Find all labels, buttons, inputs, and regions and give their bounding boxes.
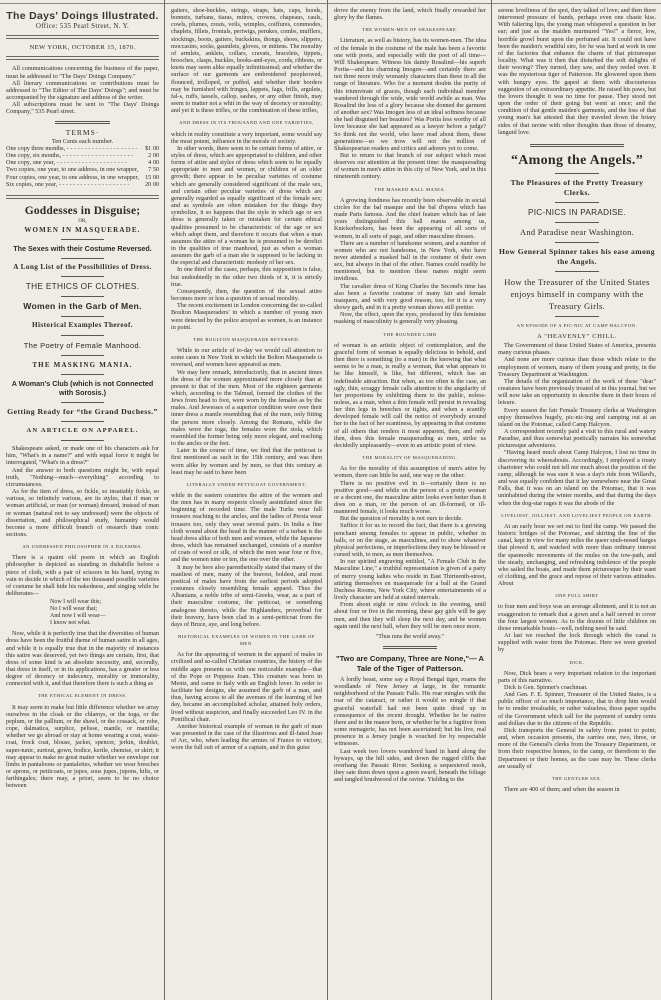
subheading: THE WOMEN-MEN OF SHAKESPEARE.: [334, 26, 486, 33]
poem-line: No I will wear that;: [50, 606, 159, 613]
rule: [61, 402, 104, 403]
headline-women-in-masquerade: WOMEN IN MASQUERADE.: [6, 225, 159, 235]
terms-rates: One copy three months,$1 00 One copy, si…: [6, 145, 159, 188]
headline-poetry-female-manhood: The Poetry of Female Manhood.: [6, 340, 159, 351]
headline-masking-mania: THE MASKING MANIA.: [6, 360, 159, 370]
paragraph: Now, while it is perfectly true that the…: [6, 630, 159, 687]
headline-grand-duchess: Getting Ready for “the Grand Duchess.”: [6, 407, 159, 418]
headline-treasury-clerks: The Pleasures of the Pretty Treasury Cle…: [498, 178, 656, 198]
paragraph: And none are more curious than those whi…: [498, 356, 656, 377]
paragraph: Every season the fair Female Treasury cl…: [498, 407, 656, 428]
paragraph: We may here remark, introductorily, that…: [171, 369, 322, 448]
rule: [555, 222, 599, 223]
poem-line: Now I will wear this;: [50, 599, 159, 606]
subheading: THE BOULTON MASQUERADE REVERSED.: [171, 336, 322, 343]
headline-among-the-angels: “Among the Angels.”: [498, 152, 656, 169]
column-1: The Days' Doings Illustrated. Office: 53…: [0, 0, 164, 1000]
paragraph: Another historical example of woman in t…: [171, 723, 322, 752]
headline-possibilities-of-dress: A Long List of the Possibilities of Dres…: [6, 263, 159, 273]
subheading: LITERALLY UNDER PETTICOAT GOVERNMENT,: [171, 481, 322, 488]
paragraph: It may be here also parenthetically stat…: [171, 564, 322, 628]
paragraph: While in our article of to-day we would …: [171, 347, 322, 368]
paragraph: As for the item of dress, so fickle, so …: [6, 488, 159, 538]
paragraph: In other words, there seem to be certain…: [171, 145, 322, 267]
rate-label: One copy three months,: [6, 145, 143, 152]
poem-line: And now I will wear—: [50, 613, 159, 620]
paragraph: The recent excitement in London concerni…: [171, 302, 322, 331]
headline-historical-examples: Historical Examples Thereof.: [6, 321, 159, 331]
paragraph: which in reality constitute a very impor…: [171, 131, 322, 145]
paragraph: In one third of the cases, perhaps, this…: [171, 266, 322, 287]
subheading: AND DRESS IN ITS THOUSAND AND ONE VARIET…: [171, 119, 322, 126]
newspaper-page: The Days' Doings Illustrated. Office: 53…: [0, 0, 661, 1000]
double-rule: [6, 56, 159, 60]
rate-label: One copy, six months,: [6, 152, 146, 159]
double-rule: [6, 35, 159, 39]
rate-row: Two copies, one year, to one address, in…: [6, 166, 159, 173]
paragraph: of woman is an artistic object of contem…: [334, 342, 486, 449]
subheading: HISTORICAL EXAMPLES OF WOMEN IN THE GARB…: [171, 633, 322, 647]
headline-paradise-near-washington: And Paradise near Washington.: [498, 227, 656, 238]
paragraph: "Having heard much about Camp Halcyon, I…: [498, 449, 656, 506]
headline-treasurer-enjoys: How the Treasurer of the United States e…: [498, 276, 656, 312]
closing-quote: "Thus runs the world away.": [334, 634, 486, 641]
headline-article-on-apparel: AN ARTICLE ON APPAREL.: [6, 426, 159, 436]
rule: [530, 144, 625, 147]
rate-row: One copy three months,$1 00: [6, 145, 159, 152]
paragraph: There are 400 of them; and when the seas…: [498, 786, 656, 793]
rate-label: Four copies, one year, to one address, i…: [6, 174, 142, 181]
terms-subtitle: Ten Cents each number.: [6, 138, 159, 145]
terms-title: TERMS·: [6, 129, 159, 136]
subheading-heavenly-chill: A "HEAVENLY" CHILL.: [498, 333, 656, 340]
rule: [555, 316, 599, 317]
double-rule: [6, 195, 159, 199]
rule: [61, 239, 104, 240]
subheading: THE ROUNDED LIMB: [334, 331, 486, 338]
rule: [61, 258, 104, 259]
column-3: drove the enemy from the land, which fin…: [328, 0, 491, 1000]
notice-literary: All literary communications or contribut…: [6, 80, 159, 101]
paragraph: Dick is Gen. Spinner's coachman.: [498, 684, 656, 691]
rate-row: Four copies, one year, to one address, i…: [6, 174, 159, 181]
paragraph: A growing fondness has recently been obs…: [334, 197, 486, 240]
headline-garb-of-men: Women in the Garb of Men.: [6, 301, 159, 312]
paragraph: And the answer to both questions might b…: [6, 467, 159, 488]
rate-row: One copy, six months,2 00: [6, 152, 159, 159]
headline-goddesses: Goddesses in Disguise;: [6, 204, 159, 218]
rate-amount: 7 50: [145, 166, 159, 173]
rate-label: One copy, one year,: [6, 159, 146, 166]
paragraph: There are a number of handsome women, an…: [334, 240, 486, 283]
subheading: THE ETHICAL ELEMENT IN DRESS.: [6, 692, 159, 699]
headline-or: OR,: [6, 218, 159, 225]
paragraph: As for the morality of this assumption o…: [334, 465, 486, 479]
column-2: gaiters, shoe-buckles, strings, straps, …: [165, 0, 327, 1000]
paragraph: while in the eastern countries the attir…: [171, 492, 322, 564]
paragraph: The Government of these United States of…: [498, 342, 656, 356]
subheading: AN UNDRESSED PHILOSOPHER IN A DILEMMA.: [6, 543, 159, 550]
rate-amount: 15 00: [142, 174, 159, 181]
paragraph: It may seem to make but little differenc…: [6, 704, 159, 790]
rule: [61, 276, 104, 277]
notice-business: All communications concerning the busine…: [6, 65, 159, 79]
paragraph: Dick transports the General in safety fr…: [498, 727, 656, 770]
rule: [555, 202, 599, 203]
headline-womans-club: A Woman's Club (which is not Connected w…: [6, 379, 159, 398]
rule: [61, 355, 104, 356]
headline-sexes-reversed: The Sexes with their Costume Reversed.: [6, 244, 159, 254]
column-4: serene loveliness of the spot, they talk…: [492, 0, 661, 1000]
rule: [61, 296, 104, 297]
paragraph: to four men and boys was an average allo…: [498, 603, 656, 632]
subheading: THE GENTLER SEX.: [498, 775, 656, 782]
paragraph: gaiters, shoe-buckles, strings, straps, …: [171, 7, 322, 114]
rate-amount: 2 00: [146, 152, 159, 159]
paragraph: There is a quaint old poem in which an E…: [6, 554, 159, 597]
rule: [555, 271, 599, 272]
subheading: THE MORALITY OF MASQUERADING.: [334, 454, 486, 461]
poem-line: I know not what.: [50, 620, 159, 627]
paragraph: From about eight or nine o'clock in the …: [334, 601, 486, 630]
rate-amount: 20 00: [143, 181, 159, 188]
paragraph: Now, the effect, upon the eyes, produced…: [334, 311, 486, 325]
paragraph: There is no positive evil in it—certainl…: [334, 480, 486, 516]
paragraph: Now, Dick bears a very important relatio…: [498, 670, 656, 684]
paragraph: Consequently, then, the question of the …: [171, 288, 322, 302]
headline-tiger-of-patterson: "Two are Company, Three are None,"— A Ta…: [334, 654, 486, 674]
paragraph: But the question of morality is not ours…: [334, 515, 486, 522]
paragraph: drove the enemy from the land, which fin…: [334, 7, 486, 21]
headline-picnics-in-paradise: PIC-NICS IN PARADISE.: [498, 207, 656, 218]
rate-row: Six copies, one year,20 00: [6, 181, 159, 188]
rule: [555, 173, 599, 174]
paragraph: The cavalier dress of King Charles the S…: [334, 283, 486, 312]
rule: [61, 421, 104, 422]
rate-label: Two copies, one year, to one address, in…: [6, 166, 145, 173]
poem: Now I will wear this; No I will wear tha…: [50, 599, 159, 627]
rate-amount: 4 00: [146, 159, 159, 166]
subheading: LIVELIEST, JOLLIEST, AND LOVELIEST PEOPL…: [498, 512, 656, 519]
masthead-office: Office: 535 Pearl Street, N. Y.: [6, 23, 159, 30]
paragraph: Later in the course of time, we find tha…: [171, 447, 322, 476]
rule: [383, 646, 438, 649]
paragraph: At last we reached the lock through whic…: [498, 632, 656, 653]
paragraph: At an early hour we set out to find the …: [498, 523, 656, 587]
rate-amount: $1 00: [143, 145, 159, 152]
rule: [555, 242, 599, 243]
paragraph: As for the appearing of women in the app…: [171, 651, 322, 723]
rate-row: One copy, one year,4 00: [6, 159, 159, 166]
rule: [61, 316, 104, 317]
rule: [61, 335, 104, 336]
dateline: NEW YORK, OCTOBER 15, 1870.: [6, 44, 159, 51]
rate-label: Six copies, one year,: [6, 181, 143, 188]
rule: [55, 121, 110, 124]
paragraph: The details of the organization of the w…: [498, 378, 656, 407]
subheading: THE MASKED BALL MANIA.: [334, 186, 486, 193]
notice-subscriptions: All subscriptions must be sent to "The D…: [6, 101, 159, 115]
headline-general-spinner: How General Spinner takes his ease among…: [498, 247, 656, 267]
paragraph: Suffice it for us to record the fact, th…: [334, 522, 486, 558]
paragraph: Last week two lovers wandered hand in ha…: [334, 748, 486, 784]
headline-ethics-of-clothes: THE ETHICS OF CLOTHES.: [6, 281, 159, 292]
paragraph: Literature, as well as history, has its …: [334, 37, 486, 152]
rule: [61, 440, 104, 441]
paragraph: serene loveliness of the spot, they talk…: [498, 7, 656, 136]
paragraph: A lordly beast, some say a Royal Bengal …: [334, 676, 486, 748]
paragraph: In our spirited engraving entitled, "A F…: [334, 558, 486, 601]
paragraph: A correspondent recently paid a visit to…: [498, 428, 656, 449]
paragraph: Shakespeare asked, or made one of his ch…: [6, 445, 159, 466]
paragraph: And Gen. F. E. Spinner, Treasurer of the…: [498, 691, 656, 727]
subheading: DICK.: [498, 659, 656, 666]
paragraph: But to return to that branch of our subj…: [334, 152, 486, 181]
rule: [61, 374, 104, 375]
subheading: AN EPISODE OF A PIC-NIC AT CAMP HALCYON.: [498, 322, 656, 329]
subheading: ONE FULL SHIRT: [498, 592, 656, 599]
masthead-title: The Days' Doings Illustrated.: [6, 13, 159, 20]
